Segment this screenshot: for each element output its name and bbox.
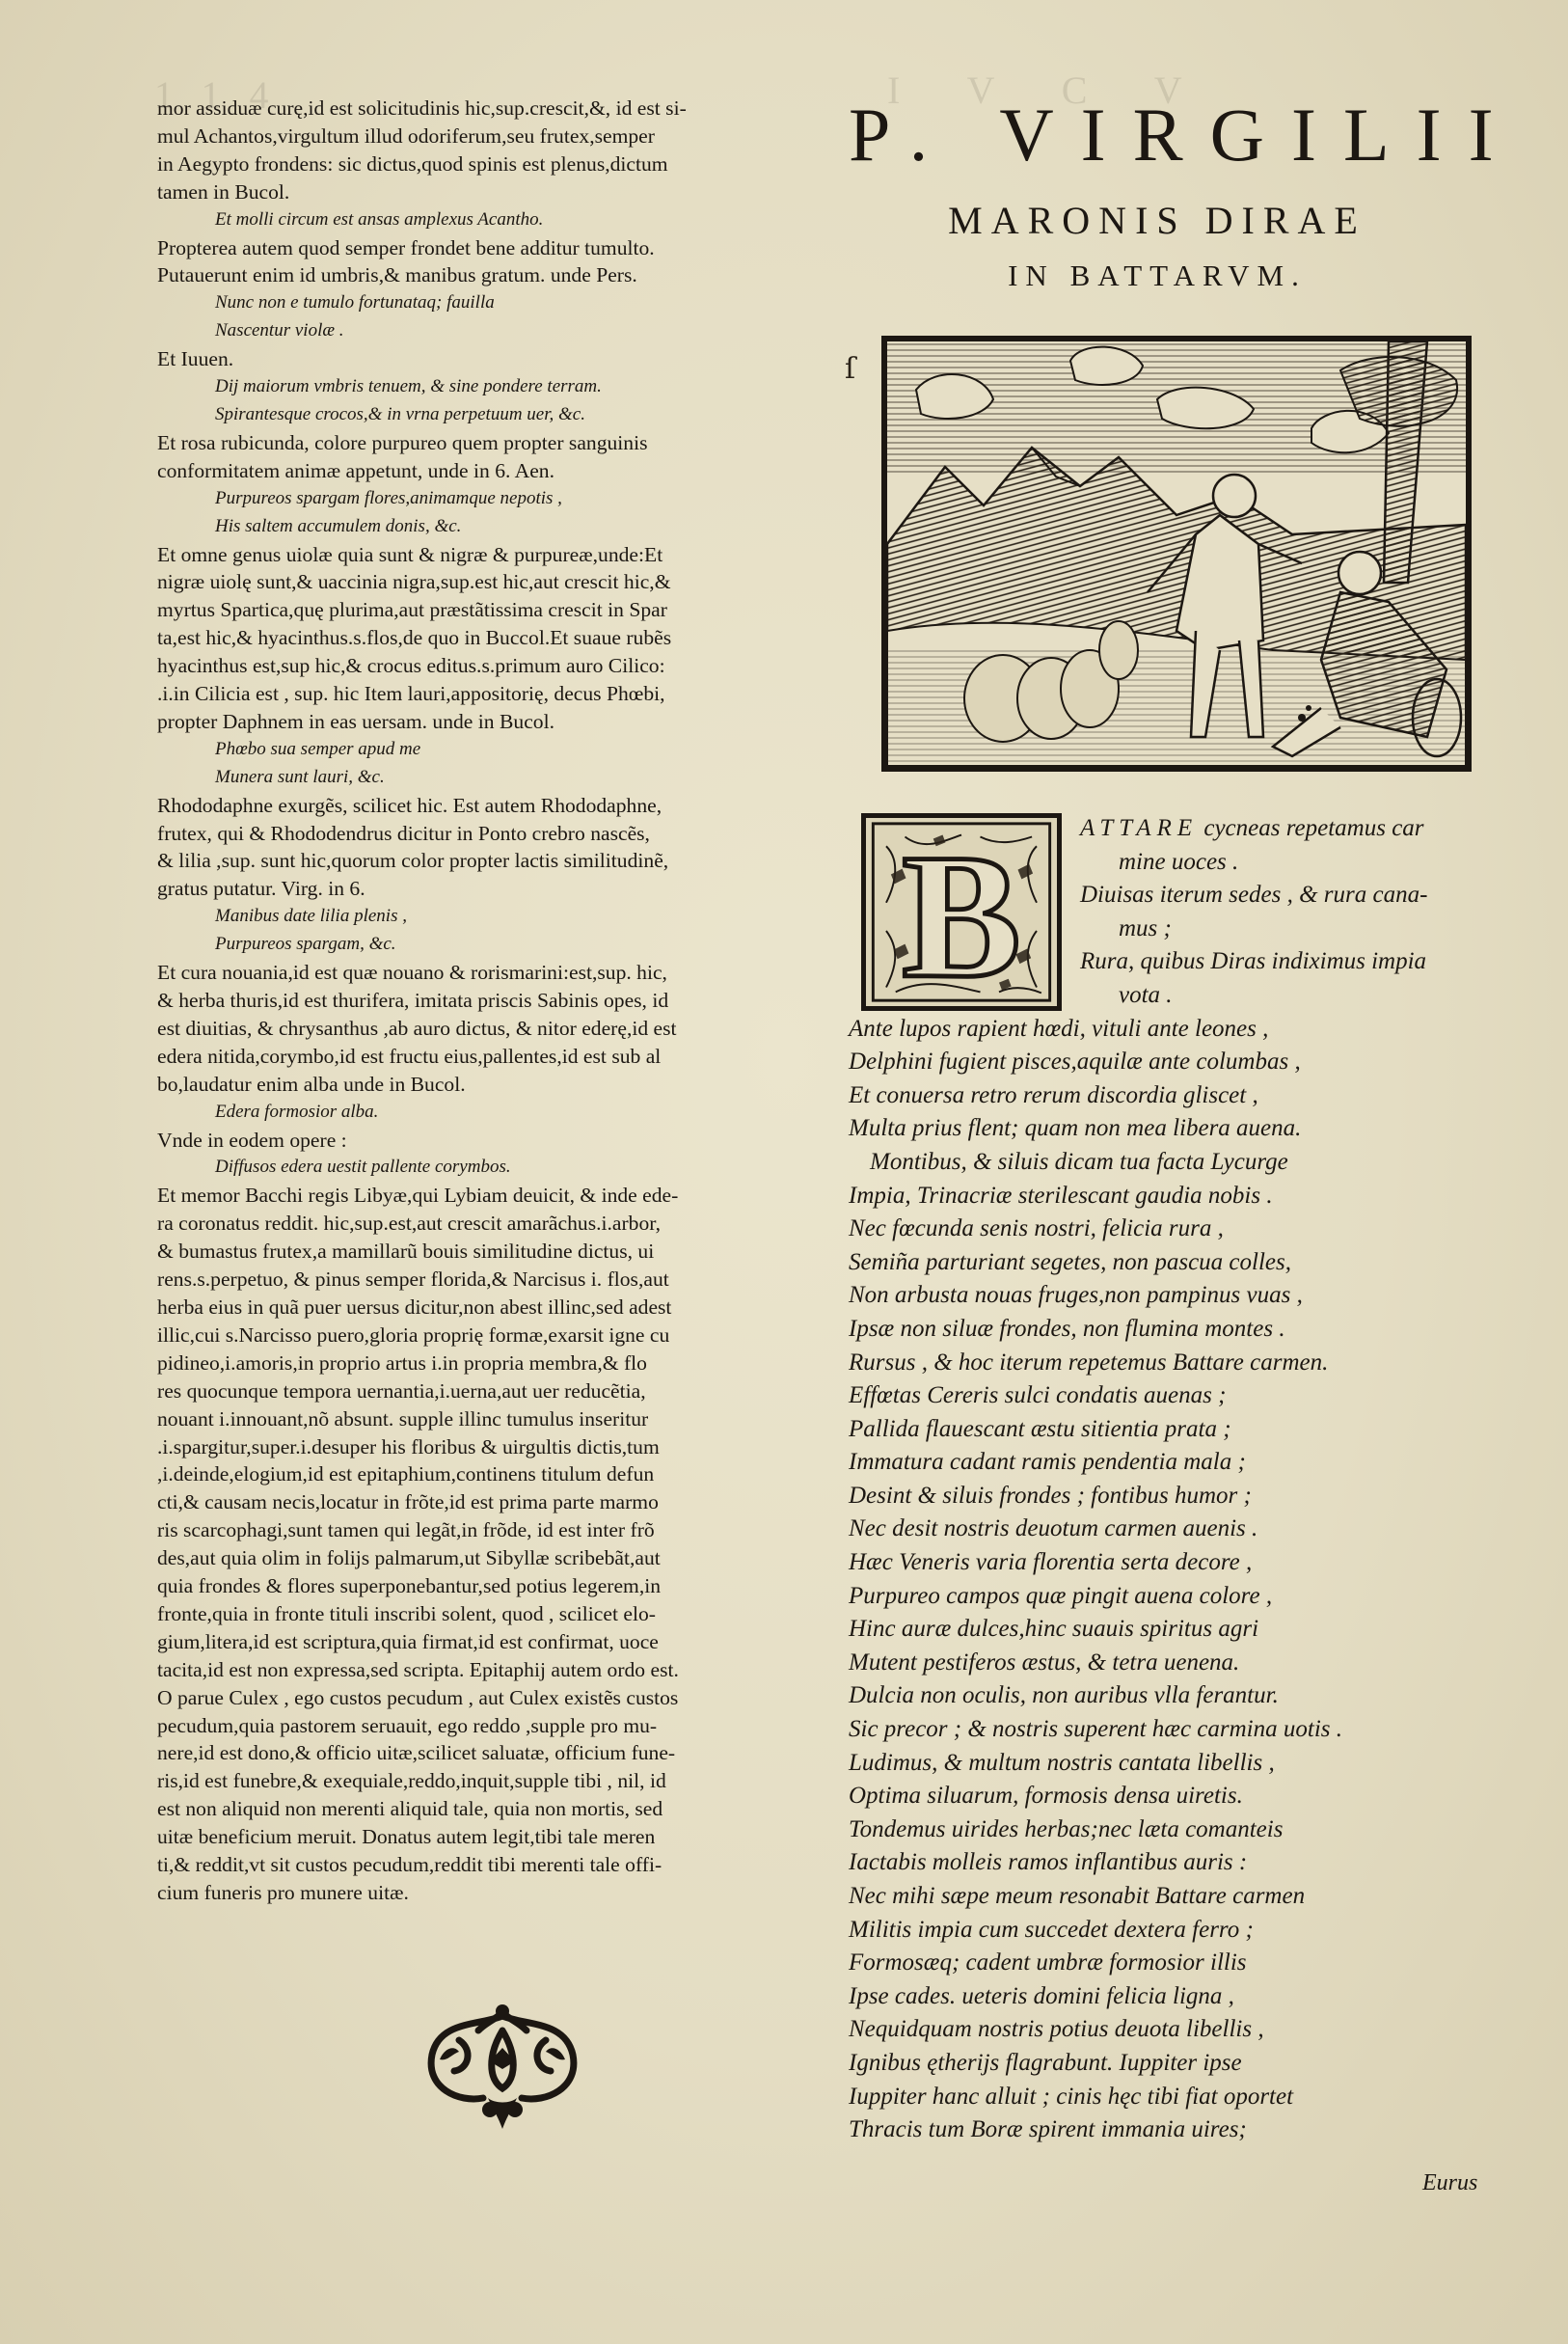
- verse-line: Diuisas iterum sedes , & rura cana-: [849, 879, 1524, 913]
- verse-line: Optima siluarum, formosis densa uiretis.: [849, 1780, 1524, 1813]
- quoted-verse-line: Munera sunt lauri, &c.: [157, 764, 823, 792]
- commentary-line: ra coronatus reddit. hic,sup.est,aut cre…: [157, 1210, 823, 1238]
- verse-line: Et conuersa retro rerum discordia glisce…: [849, 1079, 1524, 1113]
- commentary-line: Rhododaphne exurgẽs, scilicet hic. Est a…: [157, 792, 823, 820]
- quoted-verse-line: Diffusos edera uestit pallente corymbos.: [157, 1154, 823, 1182]
- verse-line: Montibus, & siluis dicam tua facta Lycur…: [849, 1146, 1524, 1180]
- book-page: 114 I V C V mor assiduæ curę,id est soli…: [0, 0, 1568, 2344]
- verse-line: Rursus , & hoc iterum repetemus Battare …: [849, 1347, 1524, 1380]
- commentary-line: myrtus Spartica,quę plurima,aut præstãti…: [157, 596, 823, 624]
- verse-line: Rura, quibus Diras indiximus impia: [849, 945, 1524, 979]
- commentary-line: est diuitias, & chrysanthus ,ab auro dic…: [157, 1015, 823, 1043]
- commentary-line: Et Iuuen.: [157, 345, 823, 373]
- commentary-line: quia frondes & flores superponebantur,se…: [157, 1572, 823, 1600]
- commentary-line: bo,laudatur enim alba unde in Bucol.: [157, 1071, 823, 1099]
- commentary-line: ris,id est funebre,& exequiale,reddo,inq…: [157, 1767, 823, 1795]
- verse-line: mine uoces .: [849, 846, 1524, 880]
- commentary-line: uitæ beneficium meruit. Donatus autem le…: [157, 1823, 823, 1851]
- verse-line: Nec desit nostris deuotum carmen auenis …: [849, 1513, 1524, 1546]
- verse-line: Immatura cadant ramis pendentia mala ;: [849, 1446, 1524, 1480]
- poem-verse: ATTARE cycneas repetamus carmine uoces .…: [849, 812, 1524, 2147]
- commentary-line: tacita,id est non expressa,sed scripta. …: [157, 1656, 823, 1684]
- commentary-line: cti,& causam necis,locatur in frõte,id e…: [157, 1488, 823, 1516]
- commentary-line: propter Daphnem in eas uersam. unde in B…: [157, 708, 823, 736]
- commentary-line: Vnde in eodem opere :: [157, 1127, 823, 1155]
- commentary-line: ti,& reddit,vt sit custos pecudum,reddit…: [157, 1851, 823, 1879]
- commentary-line: tamen in Bucol.: [157, 178, 823, 206]
- quoted-verse-line: Nunc non e tumulo fortunataq; fauilla: [157, 289, 823, 317]
- commentary-line: mor assiduæ curę,id est solicitudinis hi…: [157, 95, 823, 123]
- commentary-line: est non aliquid non merenti aliquid tale…: [157, 1795, 823, 1823]
- commentary-line: & bumastus frutex,a mamillarũ bouis simi…: [157, 1238, 823, 1266]
- quoted-verse-line: Dij maiorum vmbris tenuem, & sine ponder…: [157, 373, 823, 401]
- commentary-line: ,i.deinde,elogium,id est epitaphium,cont…: [157, 1460, 823, 1488]
- commentary-line: in Aegypto frondens: sic dictus,quod spi…: [157, 150, 823, 178]
- commentary-line: Et memor Bacchi regis Libyæ,qui Lybiam d…: [157, 1182, 823, 1210]
- commentary-line: edera nitida,corymbo,id est fructu eius,…: [157, 1043, 823, 1071]
- commentary-line: rens.s.perpetuo, & pinus semper florida,…: [157, 1266, 823, 1294]
- title-line-author: P. VIRGILII: [839, 92, 1533, 178]
- verse-line: Iactabis molleis ramos inflantibus auris…: [849, 1846, 1524, 1880]
- commentary-line: O parue Culex , ego custos pecudum , aut…: [157, 1684, 823, 1712]
- quoted-verse-line: His saltem accumulem donis, &c.: [157, 513, 823, 541]
- commentary-line: pidineo,i.amoris,in proprio artus i.in p…: [157, 1349, 823, 1377]
- verse-line: Semiña parturiant segetes, non pascua co…: [849, 1246, 1524, 1280]
- commentary-line: nere,id est dono,& officio uitæ,scilicet…: [157, 1739, 823, 1767]
- commentary-line: gium,litera,id est scriptura,quia firmat…: [157, 1628, 823, 1656]
- catchword: Eurus: [1422, 2170, 1477, 2196]
- verse-line: vota .: [849, 979, 1524, 1013]
- verse-line: Effœtas Cereris sulci condatis auenas ;: [849, 1379, 1524, 1413]
- verse-opening-word: ATTARE: [1080, 815, 1198, 841]
- verse-line: Ipse cades. ueteris domini felicia ligna…: [849, 1980, 1524, 2014]
- poem-title: P. VIRGILII MARONIS DIRAE IN BATTARVM.: [839, 92, 1533, 293]
- commentary-line: & herba thuris,id est thurifera, imitata…: [157, 987, 823, 1015]
- fleuron-ornament-icon: [420, 2002, 584, 2137]
- verse-line: Sic precor ; & nostris superent hæc carm…: [849, 1713, 1524, 1747]
- quoted-verse-line: Edera formosior alba.: [157, 1099, 823, 1127]
- commentary-line: hyacinthus est,sup hic,& crocus editus.s…: [157, 652, 823, 680]
- commentary-line: illic,cui s.Narcisso puero,gloria propri…: [157, 1322, 823, 1349]
- verse-line: Nequidquam nostris potius deuota libelli…: [849, 2013, 1524, 2047]
- quoted-verse-line: Et molli circum est ansas amplexus Acant…: [157, 206, 823, 234]
- verse-line: Thracis tum Boræ spirent immania uires;: [849, 2113, 1524, 2147]
- commentary-line: res quocunque tempora uernantia,i.uerna,…: [157, 1377, 823, 1405]
- commentary-line: cium funeris pro munere uitæ.: [157, 1879, 823, 1907]
- commentary-line: frutex, qui & Rhododendrus dicitur in Po…: [157, 820, 823, 848]
- verse-line: Purpureo campos quæ pingit auena colore …: [849, 1580, 1524, 1614]
- verse-line: Nec fœcunda senis nostri, felicia rura ,: [849, 1213, 1524, 1246]
- commentary-line: mul Achantos,virgultum illud odoriferum,…: [157, 123, 823, 150]
- verse-line: Iuppiter hanc alluit ; cinis hęc tibi fi…: [849, 2081, 1524, 2114]
- commentary-line: Et cura nouania,id est quæ nouano & rori…: [157, 959, 823, 987]
- quoted-verse-line: Phœbo sua semper apud me: [157, 736, 823, 764]
- commentary-line: herba eius in quã puer uersus dicitur,no…: [157, 1294, 823, 1322]
- verse-line: Dulcia non oculis, non auribus vlla fera…: [849, 1679, 1524, 1713]
- commentary-line: pecudum,quia pastorem seruauit, ego redd…: [157, 1712, 823, 1740]
- title-line-subject: IN BATTARVM.: [781, 259, 1533, 293]
- margin-mark: ſ: [845, 352, 855, 386]
- verse-line: Non arbusta nouas fruges,non pampinus vu…: [849, 1279, 1524, 1313]
- quoted-verse-line: Nascentur violæ .: [157, 317, 823, 345]
- verse-line: Tondemus uirides herbas;nec læta comante…: [849, 1813, 1524, 1847]
- verse-line-text: cycneas repetamus car: [1198, 815, 1423, 841]
- verse-line: Ante lupos rapient hœdi, vituli ante leo…: [849, 1013, 1524, 1047]
- verse-line: Hinc auræ dulces,hinc suauis spiritus ag…: [849, 1613, 1524, 1647]
- commentary-line: .i.in Cilicia est , sup. hic Item lauri,…: [157, 680, 823, 708]
- verse-line: mus ;: [849, 913, 1524, 946]
- quoted-verse-line: Spirantesque crocos,& in vrna perpetuum …: [157, 401, 823, 429]
- quoted-verse-line: Manibus date lilia plenis ,: [157, 903, 823, 931]
- commentary-line: Propterea autem quod semper frondet bene…: [157, 234, 823, 262]
- commentary-line: ta,est hic,& hyacinthus.s.flos,de quo in…: [157, 624, 823, 652]
- verse-line: Militis impia cum succedet dextera ferro…: [849, 1914, 1524, 1948]
- verse-line: Nec mihi sæpe meum resonabit Battare car…: [849, 1880, 1524, 1914]
- verse-line: Ipsæ non siluæ frondes, non flumina mont…: [849, 1313, 1524, 1347]
- verse-line: Impia, Trinacriæ sterilescant gaudia nob…: [849, 1180, 1524, 1213]
- commentary-line: nouant i.innouant,nõ absunt. supple illi…: [157, 1405, 823, 1433]
- commentary-line: Putauerunt enim id umbris,& manibus grat…: [157, 261, 823, 289]
- commentary-line: des,aut quia olim in folijs palmarum,ut …: [157, 1544, 823, 1572]
- commentary-line: .i.spargitur,super.i.desuper his floribu…: [157, 1433, 823, 1461]
- verse-line: Desint & siluis frondes ; fontibus humor…: [849, 1480, 1524, 1513]
- commentary-line: Et rosa rubicunda, colore purpureo quem …: [157, 429, 823, 457]
- quoted-verse-line: Purpureos spargam flores,animamque nepot…: [157, 485, 823, 513]
- commentary-line: gratus putatur. Virg. in 6.: [157, 875, 823, 903]
- commentary-line: nigræ uiolę sunt,& uaccinia nigra,sup.es…: [157, 568, 823, 596]
- verse-line: Pallida flauescant æstu sitientia prata …: [849, 1413, 1524, 1447]
- quoted-verse-line: Purpureos spargam, &c.: [157, 931, 823, 959]
- commentary-line: Et omne genus uiolæ quia sunt & nigræ & …: [157, 541, 823, 569]
- woodcut-illustration: [881, 336, 1472, 772]
- verse-line: Ignibus ętherijs flagrabunt. Iuppiter ip…: [849, 2047, 1524, 2081]
- verse-line: Delphini fugient pisces,aquilæ ante colu…: [849, 1046, 1524, 1079]
- title-line-work: MARONIS DIRAE: [781, 198, 1533, 243]
- verse-line: Multa prius flent; quam non mea libera a…: [849, 1112, 1524, 1146]
- verse-line: Mutent pestiferos æstus, & tetra uenena.: [849, 1647, 1524, 1680]
- commentary-line: fronte,quia in fronte tituli inscribi so…: [157, 1600, 823, 1628]
- verse-line: Formosæq; cadent umbræ formosior illis: [849, 1947, 1524, 1980]
- verse-line: Hæc Veneris varia florentia serta decore…: [849, 1546, 1524, 1580]
- verse-line: ATTARE cycneas repetamus car: [849, 812, 1524, 846]
- commentary-line: ris scarcophagi,sunt tamen qui legãt,in …: [157, 1516, 823, 1544]
- commentary-line: conformitatem animæ appetunt, unde in 6.…: [157, 457, 823, 485]
- commentary-column: mor assiduæ curę,id est solicitudinis hi…: [157, 95, 823, 1907]
- verse-line: Ludimus, & multum nostris cantata libell…: [849, 1747, 1524, 1781]
- commentary-line: & lilia ,sup. sunt hic,quorum color prop…: [157, 847, 823, 875]
